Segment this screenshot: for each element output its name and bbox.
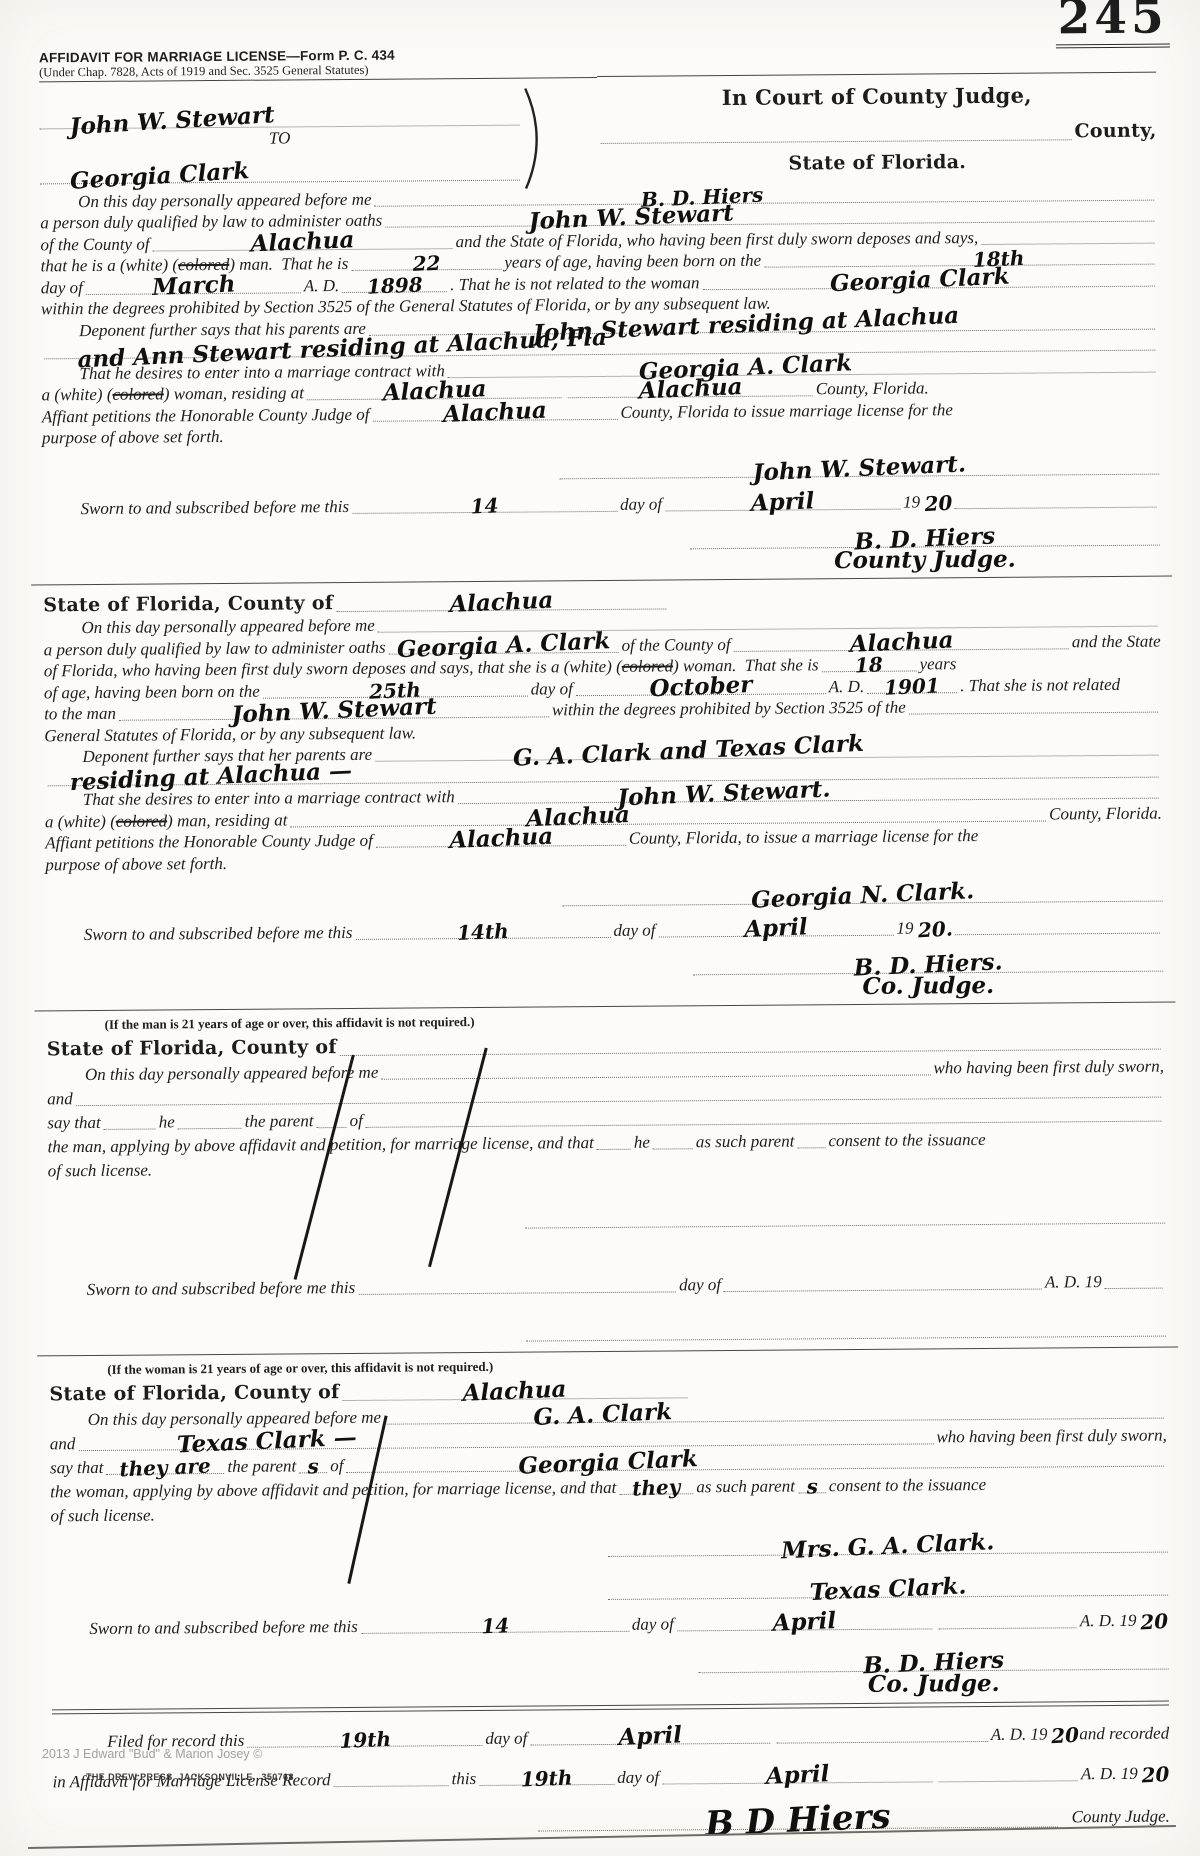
blank-field: they are <box>106 1469 224 1474</box>
printed-text: say that <box>47 1112 101 1133</box>
signature-line: B. D. Hiers <box>699 1645 1169 1674</box>
signature-row: John W. Stewart. <box>42 450 1159 484</box>
printed-text: say that <box>50 1456 104 1477</box>
struck-word: colored <box>622 655 673 676</box>
handwritten-plural-s: s <box>806 1476 818 1496</box>
bride-name: Georgia Clark <box>69 159 250 193</box>
printed-text: A. D. 19 <box>991 1724 1048 1745</box>
printed-text: County, Florida, to issue a marriage lic… <box>629 825 979 849</box>
handwritten-residence-county: Alachua <box>638 375 743 402</box>
blank-field: 14 <box>361 1628 629 1634</box>
printed-text: Sworn to and subscribed before me this <box>87 1276 356 1299</box>
handwritten-sworn-month: April <box>772 1609 836 1635</box>
printed-text: this <box>452 1768 477 1789</box>
blank-signature-line <box>526 1311 1166 1341</box>
state-county-heading: State of Florida, County of <box>49 1380 339 1406</box>
filed-divider <box>52 1701 1169 1715</box>
state-heading: State of Florida. <box>598 149 1157 177</box>
handwritten-filed-year: 20 <box>1051 1725 1080 1747</box>
blank-field <box>317 1124 347 1128</box>
printed-text: of the County of <box>621 633 730 655</box>
blank-field: April <box>658 932 893 938</box>
printer-number: 350768 <box>261 1772 293 1782</box>
handwritten-they: they <box>632 1476 681 1498</box>
signature-row: Mrs. G. A. Clark. <box>51 1527 1168 1561</box>
blank-field: 1901 <box>867 689 957 694</box>
printed-text: County, Florida. <box>816 377 929 399</box>
printed-text: A. D. <box>829 675 865 696</box>
printed-text: as such parent <box>696 1130 795 1152</box>
printed-text: of the County of <box>40 233 149 255</box>
printed-text: day of <box>485 1728 527 1749</box>
blank-field <box>358 1288 676 1294</box>
printed-text: day of <box>620 493 662 514</box>
handwritten-sworn-year: 20 <box>924 492 953 514</box>
sworn-line: Sworn to and subscribed before me this d… <box>49 1270 1166 1300</box>
signature-row: Georgia N. Clark. <box>45 876 1162 910</box>
handwritten-plural-s: s <box>307 1456 319 1476</box>
blank-field: Georgia Clark <box>702 282 1154 290</box>
blank-field: Alachua <box>373 415 618 421</box>
blank-field: October <box>576 690 826 696</box>
printed-text: On this day personally appeared before m… <box>81 615 375 638</box>
handwritten-age: 18 <box>855 654 884 675</box>
signature-line: B. D. Hiers <box>690 520 1160 549</box>
struck-word: colored <box>116 810 167 831</box>
blank-field <box>178 1125 242 1130</box>
blank-field <box>653 1145 693 1149</box>
signature-row <box>48 1199 1165 1233</box>
handwritten-recorded-month: April <box>765 1762 829 1788</box>
printed-text: a person duly qualified by law to admini… <box>44 636 386 660</box>
blank-field: 18 <box>822 668 917 673</box>
state-county-heading: State of Florida, County of <box>43 591 333 617</box>
affiant-signature: John W. Stewart. <box>752 452 966 484</box>
printed-text: day of <box>531 678 573 699</box>
printed-text: Affiant petitions the Honorable County J… <box>42 403 370 427</box>
blank-field <box>776 1738 988 1744</box>
printed-text: day of <box>679 1274 721 1295</box>
handwritten-filed-month: April <box>618 1723 682 1749</box>
struck-word: colored <box>112 383 163 404</box>
blank-field <box>938 1624 1077 1629</box>
printed-text: of such license. <box>50 1504 155 1526</box>
signature-line: B. D. Hiers. <box>693 947 1163 976</box>
printed-text: and recorded <box>1079 1723 1169 1745</box>
handwritten-county: Alachua <box>849 628 954 655</box>
printer-name: THE DREW PRESS, JACKSONVILLE <box>86 1772 253 1782</box>
printed-text: day of <box>632 1613 674 1634</box>
handwritten-birth-month: March <box>151 272 235 299</box>
blank-field <box>955 930 1160 936</box>
printed-text: A. D. 19 <box>1045 1271 1102 1292</box>
handwritten-judge-county: Alachua <box>443 398 548 425</box>
affidavit-man: On this day personally appeared before m… <box>40 182 1160 579</box>
printed-text: and <box>50 1433 76 1454</box>
form-header: AFFIDAVIT FOR MARRIAGE LICENSE—Form P. C… <box>39 4 1157 185</box>
handwritten-sworn-year: 20 <box>1140 1611 1169 1633</box>
blank-field: 1898 <box>342 288 447 293</box>
printed-text: Affiant petitions the Honorable County J… <box>45 830 373 854</box>
handwritten-county: Alachua <box>463 1377 568 1404</box>
blank-field: 19th <box>479 1781 614 1786</box>
blank-field <box>797 1144 825 1148</box>
printed-text: of <box>349 1110 362 1131</box>
county-label: County, <box>1074 119 1156 144</box>
blank-field <box>955 503 1157 509</box>
printed-text: That she desires to enter into a marriag… <box>83 786 455 810</box>
printed-text: consent to the issuance <box>828 1129 985 1151</box>
handwritten-age: 22 <box>412 253 441 274</box>
printed-text: and <box>47 1088 73 1109</box>
blank-field: April <box>677 1625 932 1631</box>
printed-text: . That she is not related <box>960 673 1120 695</box>
handwritten-recorded-day: 19th <box>520 1767 572 1789</box>
blank-field: Alachua <box>336 605 666 612</box>
handwritten-county: Alachua <box>250 228 355 255</box>
blank-field <box>334 1782 449 1787</box>
judge-signature: B. D. Hiers <box>854 524 996 553</box>
handwritten-sworn-year: 20. <box>917 918 953 940</box>
printed-text: he <box>159 1111 175 1132</box>
bride-name-line: Georgia Clark <box>40 150 520 185</box>
groom-name-line: John W. Stewart <box>39 95 519 130</box>
blank-field: 19th <box>247 1742 482 1748</box>
blank-field <box>909 709 1158 715</box>
state-county-heading: State of Florida, County of <box>47 1035 337 1061</box>
handwritten-birth-year: 1898 <box>367 274 423 296</box>
parent-signature-1: Mrs. G. A. Clark. <box>781 1530 995 1562</box>
blank-field: Alachua <box>734 645 1069 652</box>
printed-text: County, Florida. <box>1049 802 1162 824</box>
printed-text: of such license. <box>48 1160 153 1182</box>
signature-line: Georgia N. Clark. <box>562 876 1162 906</box>
handwritten-sworn-day: 14 <box>481 1615 510 1636</box>
blank-field: s <box>798 1489 826 1493</box>
printed-text: Sworn to and subscribed before me this <box>84 922 353 945</box>
printed-text: within the degrees prohibited by Section… <box>552 697 906 721</box>
handwritten-filed-day: 19th <box>339 1729 391 1751</box>
printed-text: County, Florida to issue marriage licens… <box>620 399 953 423</box>
printed-text: who having been first duly sworn, <box>933 1056 1164 1079</box>
judge-signature: B. D. Hiers. <box>853 950 1003 979</box>
handwritten-sworn-day: 14th <box>457 921 509 943</box>
blank-field: March <box>86 289 301 295</box>
printed-text: 19 <box>903 491 920 512</box>
blank-field: Alachua <box>568 392 813 398</box>
printed-text: Sworn to and subscribed before me this <box>80 495 349 518</box>
blank-field <box>938 1777 1078 1782</box>
printed-text: purpose of above set forth. <box>45 852 227 874</box>
county-blank-line: County, <box>598 119 1157 147</box>
printed-text: A. D. 19 <box>1080 1610 1137 1631</box>
printed-text: day of <box>41 277 83 298</box>
parties-block: John W. Stewart TO Georgia Clark <box>39 78 598 184</box>
handwritten-birth-month: October <box>649 673 753 700</box>
handwritten-they-are: they are <box>119 1455 211 1479</box>
handwritten-birth-year: 1901 <box>884 675 940 697</box>
printed-text: purpose of above set forth. <box>42 426 224 448</box>
printed-text: and the State <box>1072 630 1161 652</box>
blank-field: s <box>299 1469 327 1473</box>
printed-text: day of <box>617 1767 659 1788</box>
printed-text: of age, having been born on the <box>44 680 260 703</box>
handwritten-sworn-month: April <box>750 489 814 515</box>
printed-text: who having been first duly sworn, <box>936 1424 1167 1447</box>
printed-text: day of <box>613 920 655 941</box>
consent-woman-section: (If the woman is 21 years of age or over… <box>49 1351 1169 1703</box>
brace-icon <box>521 86 548 195</box>
affidavit-woman: State of Florida, County of Alachua On t… <box>43 580 1163 1005</box>
scanned-affidavit-page: 245 AFFIDAVIT FOR MARRIAGE LICENSE—Form … <box>0 0 1200 1856</box>
printed-text: On this day personally appeared before m… <box>85 1062 379 1085</box>
blank-field: 14th <box>355 934 610 940</box>
printed-text: the parent <box>227 1455 296 1477</box>
printed-text: General Statutes of Florida, or by any s… <box>44 722 416 746</box>
handwritten-judge-county: Alachua <box>448 825 553 852</box>
printed-text: ) woman, residing at <box>164 382 304 404</box>
printed-text: On this day personally appeared before m… <box>78 188 372 211</box>
printed-text: A. D. 19 <box>1081 1763 1138 1784</box>
parent-signature-2: Texas Clark. <box>809 1574 967 1604</box>
blank-field: 14 <box>352 507 617 513</box>
signature-line: Mrs. G. A. Clark. <box>608 1527 1168 1556</box>
blank-field: Georgia A. Clark <box>389 648 619 654</box>
signature-row: Texas Clark. <box>51 1570 1168 1604</box>
handwritten-recorded-year: 20 <box>1141 1764 1170 1786</box>
printed-text: 19 <box>896 918 913 939</box>
printed-text: A. D. <box>304 275 340 296</box>
court-heading: In Court of County Judge, <box>597 83 1156 111</box>
blank-field: Alachua <box>153 245 453 251</box>
printed-text: ) man, residing at <box>167 809 287 831</box>
signature-line: Texas Clark. <box>608 1570 1168 1599</box>
blank-field: April <box>662 1778 932 1784</box>
judge-signature: B. D. Hiers <box>863 1648 1005 1677</box>
blank-field: April <box>530 1740 770 1746</box>
sworn-line: Sworn to and subscribed before me this 1… <box>51 1609 1168 1639</box>
printed-text: consent to the issuance <box>829 1473 986 1495</box>
sworn-line: Sworn to and subscribed before me this 1… <box>42 489 1159 519</box>
printed-text: Sworn to and subscribed before me this <box>89 1616 358 1639</box>
printed-text: years <box>919 653 956 674</box>
printed-text: a (white) ( <box>45 810 116 832</box>
printed-text: of <box>330 1455 343 1476</box>
blank-field <box>724 1285 1042 1291</box>
blank-field <box>104 1125 156 1129</box>
printed-text: as such parent <box>696 1475 795 1497</box>
signature-row <box>49 1311 1166 1345</box>
printed-text: the parent <box>245 1110 314 1132</box>
county-judge-label: County Judge. <box>1072 1806 1170 1828</box>
printed-text: a (white) ( <box>42 384 113 406</box>
court-header: In Court of County Judge, County, State … <box>597 72 1157 180</box>
blank-field: John W. Stewart <box>119 713 549 720</box>
handwritten-sworn-month: April <box>744 915 808 941</box>
blank-field: Alachua <box>376 842 626 848</box>
affiant-signature: Georgia N. Clark. <box>751 879 975 912</box>
blank-signature-line <box>525 1199 1165 1229</box>
blank-field <box>597 1146 631 1150</box>
signature-line: John W. Stewart. <box>559 450 1159 480</box>
blank-field: they <box>619 1490 693 1495</box>
printed-text: he <box>634 1132 650 1153</box>
blank-field: 22 <box>351 266 501 271</box>
sworn-line: Sworn to and subscribed before me this 1… <box>46 915 1163 945</box>
printer-imprint: THE DREW PRESS, JACKSONVILLE 350768 <box>86 1772 294 1782</box>
blank-field <box>1105 1284 1163 1288</box>
printed-text: . That he is not related to the woman <box>450 272 699 295</box>
consent-man-section: (If the man is 21 years of age or over, … <box>47 1007 1167 1345</box>
printed-text: years of age, having been born on the <box>504 250 761 273</box>
blank-field: April <box>665 505 900 511</box>
blank-field <box>981 239 1154 244</box>
blank-field <box>601 136 1072 144</box>
watermark: 2013 J Edward "Bud" & Marion Josey © <box>42 1747 262 1761</box>
handwritten-county: Alachua <box>449 588 554 615</box>
printed-text: ) man. That he is <box>229 253 348 275</box>
form-title: AFFIDAVIT FOR MARRIAGE LICENSE—Form P. C… <box>39 8 597 65</box>
printed-text: to the man <box>44 703 116 725</box>
signature-line: B D Hiers <box>537 1792 1057 1831</box>
handwritten-sworn-day: 14 <box>470 495 499 516</box>
